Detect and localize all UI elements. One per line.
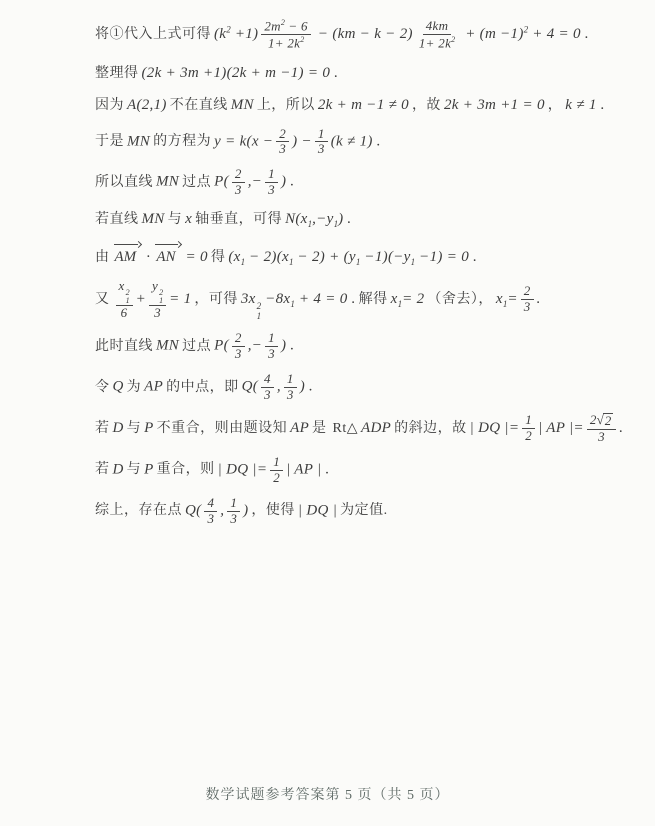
fraction: 23 bbox=[276, 127, 289, 158]
text-run: 若 bbox=[95, 462, 110, 477]
numerator: 1 bbox=[522, 413, 535, 429]
math-run: P bbox=[144, 420, 153, 436]
subscript: 1 bbox=[257, 312, 262, 321]
fraction: 43 bbox=[204, 496, 217, 527]
math-run: 2 bbox=[525, 428, 532, 443]
math-run: MN bbox=[156, 174, 179, 190]
denominator: 3 bbox=[265, 347, 278, 362]
math-run: − 2) + (y bbox=[293, 249, 355, 265]
fraction: 2m2 − 61+ 2k2 bbox=[261, 18, 310, 52]
math-run: MN bbox=[142, 211, 165, 227]
numerator: 2m2 − 6 bbox=[261, 18, 310, 35]
denominator: 3 bbox=[315, 142, 328, 157]
math-line-2: 整理得(2k + 3m +1)(2k + m −1) = 0 . bbox=[95, 62, 645, 85]
math-run: ) . bbox=[281, 338, 294, 354]
fraction: 13 bbox=[265, 331, 278, 362]
math-run: ADP bbox=[361, 420, 391, 436]
math-run: 3 bbox=[235, 346, 242, 361]
math-run: 1 bbox=[273, 454, 280, 469]
text-run: 得 bbox=[211, 250, 226, 265]
math-run: Q( bbox=[242, 379, 258, 395]
math-run: 1 bbox=[318, 126, 325, 141]
fraction: 23 bbox=[232, 331, 245, 362]
math-run: 1+ 2k bbox=[419, 35, 451, 50]
fraction: 13 bbox=[265, 167, 278, 198]
text-run: 将①代入上式可得 bbox=[95, 27, 211, 42]
math-run: ,−y bbox=[312, 211, 333, 227]
denominator: 3 bbox=[595, 430, 608, 445]
math-line-4: 于是MN的方程为y = k(x −23) −13(k ≠ 1) . bbox=[95, 127, 645, 158]
math-run: ) . bbox=[338, 211, 351, 227]
math-run: 1 bbox=[230, 495, 237, 510]
fraction: 23 bbox=[232, 167, 245, 198]
denominator: 3 bbox=[232, 183, 245, 198]
numerator: 4 bbox=[204, 496, 217, 512]
fraction: 12 bbox=[522, 413, 535, 444]
math-run: . bbox=[619, 420, 623, 436]
text-run: 于是 bbox=[95, 134, 124, 149]
text-run: 解得 bbox=[359, 292, 388, 307]
numerator: 1 bbox=[227, 496, 240, 512]
math-run: −8x bbox=[261, 291, 290, 307]
fraction: 2√23 bbox=[587, 413, 616, 445]
math-run: 2 bbox=[590, 412, 597, 427]
numerator: 1 bbox=[265, 331, 278, 347]
denominator: 3 bbox=[284, 388, 297, 403]
math-run: AP bbox=[290, 420, 309, 436]
fraction: y213 bbox=[149, 279, 166, 321]
text-run: 为 bbox=[127, 380, 142, 395]
fraction: 43 bbox=[261, 372, 274, 403]
math-run: 3 bbox=[235, 182, 242, 197]
math-run: 2 bbox=[273, 470, 280, 485]
math-run: 3 bbox=[268, 182, 275, 197]
text-run: ， bbox=[548, 98, 563, 113]
math-run: N(x bbox=[285, 211, 308, 227]
superscript: 2 bbox=[300, 35, 304, 44]
math-run: 2k + m −1 ≠ 0 bbox=[318, 97, 409, 113]
math-run: 1 bbox=[268, 330, 275, 345]
text-run: 上，所以 bbox=[257, 98, 315, 113]
math-run: = 2 bbox=[402, 291, 424, 307]
math-run: · bbox=[142, 249, 154, 265]
text-run: 综上，存在点 bbox=[95, 503, 182, 518]
math-run: P bbox=[144, 461, 153, 477]
fraction: 12 bbox=[270, 455, 283, 486]
math-line-1: 将①代入上式可得(k2 +1)2m2 − 61+ 2k2 − (km − k −… bbox=[95, 18, 645, 52]
numerator: 2 bbox=[276, 127, 289, 143]
text-run: 因为 bbox=[95, 98, 124, 113]
math-run: . bbox=[537, 291, 541, 307]
numerator: 1 bbox=[270, 455, 283, 471]
denominator: 3 bbox=[151, 306, 164, 321]
math-line-7: 由AM · AN = 0得(x1 − 2)(x1 − 2) + (y1 −1)(… bbox=[95, 242, 645, 269]
denominator: 2 bbox=[522, 429, 535, 444]
math-run: ) − bbox=[292, 133, 312, 149]
text-run: 的中点，即 bbox=[166, 380, 239, 395]
numerator: 2 bbox=[232, 331, 245, 347]
denominator: 3 bbox=[265, 183, 278, 198]
text-run: ，使得 bbox=[251, 503, 295, 518]
math-line-8: 又x216+y213= 1，可得3x21 −8x1 + 4 = 0 .解得x1=… bbox=[95, 279, 645, 321]
math-run: 3 bbox=[268, 346, 275, 361]
math-run: 3 bbox=[207, 511, 214, 526]
math-run: 3 bbox=[279, 141, 286, 156]
text-run: ，可得 bbox=[194, 292, 238, 307]
denominator: 3 bbox=[276, 142, 289, 157]
denominator: 1+ 2k2 bbox=[416, 35, 458, 51]
math-run: 3x bbox=[241, 291, 256, 307]
text-run: 由 bbox=[95, 250, 110, 265]
text-run: 为定值. bbox=[340, 503, 388, 518]
math-run: MN bbox=[231, 97, 254, 113]
math-run: + (m −1) bbox=[461, 26, 524, 42]
text-run: 所以直线 bbox=[95, 175, 153, 190]
numerator: 4km bbox=[423, 19, 452, 35]
answer-content: 将①代入上式可得(k2 +1)2m2 − 61+ 2k2 − (km − k −… bbox=[95, 18, 645, 536]
numerator: 1 bbox=[265, 167, 278, 183]
math-run: 4 bbox=[264, 371, 271, 386]
math-run: 6 bbox=[121, 305, 128, 320]
math-run: 2k + 3m +1 = 0 bbox=[444, 97, 545, 113]
math-run: −1)(−y bbox=[360, 249, 410, 265]
fraction: 13 bbox=[227, 496, 240, 527]
math-run: 2m bbox=[264, 18, 281, 33]
math-line-13: 综上，存在点Q(43,13)，使得| DQ |为定值. bbox=[95, 496, 645, 527]
math-run: MN bbox=[156, 338, 179, 354]
document-page: 将①代入上式可得(k2 +1)2m2 − 61+ 2k2 − (km − k −… bbox=[0, 0, 655, 826]
vector-arrow-overline: AN bbox=[155, 242, 180, 269]
text-run: 此时直线 bbox=[95, 339, 153, 354]
math-run: Q bbox=[113, 379, 124, 395]
math-run: 1+ 2k bbox=[268, 36, 300, 51]
fraction: 4km1+ 2k2 bbox=[416, 19, 458, 51]
denominator: 3 bbox=[232, 347, 245, 362]
text-run: （舍去）， bbox=[427, 292, 493, 307]
math-run: | DQ | bbox=[298, 502, 337, 518]
math-run: 3 bbox=[598, 429, 605, 444]
denominator: 3 bbox=[227, 512, 240, 527]
text-run: 重合，则 bbox=[157, 462, 215, 477]
math-run: + 4 = 0 . bbox=[295, 291, 356, 307]
math-run: ,− bbox=[248, 174, 262, 190]
text-run: 轴垂直，可得 bbox=[195, 212, 282, 227]
text-run: 令 bbox=[95, 380, 110, 395]
subscript: 1 bbox=[126, 297, 130, 305]
text-run: 整理得 bbox=[95, 66, 139, 81]
numerator: x21 bbox=[116, 279, 133, 306]
text-run: 与 bbox=[168, 212, 183, 227]
numerator: 4 bbox=[261, 372, 274, 388]
page-footer: 数学试题参考答案第 5 页（共 5 页） bbox=[0, 784, 655, 804]
math-run: 1 bbox=[268, 166, 275, 181]
math-run: | DQ |= bbox=[470, 420, 520, 436]
text-run: 与 bbox=[127, 462, 142, 477]
denominator: 6 bbox=[118, 306, 131, 321]
text-run: 是 bbox=[312, 421, 327, 436]
math-run: D bbox=[113, 461, 124, 477]
fraction: 23 bbox=[521, 284, 534, 315]
math-run: = 0 bbox=[182, 249, 208, 265]
text-run: 若直线 bbox=[95, 212, 139, 227]
math-run: 2 bbox=[524, 283, 531, 298]
math-run: 2 bbox=[235, 330, 242, 345]
math-run: (k bbox=[214, 26, 226, 42]
math-run: x bbox=[119, 278, 125, 293]
math-line-10: 令Q为AP的中点，即Q(43,13) . bbox=[95, 372, 645, 403]
math-run: k ≠ 1 . bbox=[565, 97, 605, 113]
math-run: (2k + 3m +1)(2k + m −1) = 0 . bbox=[142, 65, 339, 81]
math-run: = 1 bbox=[169, 291, 191, 307]
math-line-5: 所以直线MN过点P(23,−13) . bbox=[95, 167, 645, 198]
math-run: , bbox=[220, 502, 224, 518]
denominator: 3 bbox=[521, 300, 534, 315]
math-run: 2 bbox=[279, 126, 286, 141]
math-run: −1) = 0 . bbox=[415, 249, 477, 265]
math-run: ) . bbox=[281, 174, 294, 190]
math-run: 3 bbox=[318, 141, 325, 156]
numerator: 2 bbox=[521, 284, 534, 300]
math-line-6: 若直线MN与x轴垂直，可得N(x1,−y1) . bbox=[95, 208, 645, 231]
math-run: + 4 = 0 . bbox=[528, 26, 589, 42]
math-run: x bbox=[391, 291, 398, 307]
math-line-12: 若D与P重合，则| DQ |=12| AP | . bbox=[95, 455, 645, 486]
math-line-9: 此时直线MN过点P(23,−13) . bbox=[95, 331, 645, 362]
math-run: 1 bbox=[287, 371, 294, 386]
numerator: 1 bbox=[315, 127, 328, 143]
math-run: y = k(x − bbox=[214, 133, 273, 149]
text-run: 过点 bbox=[182, 339, 211, 354]
math-line-3: 因为A(2,1)不在直线MN上，所以2k + m −1 ≠ 0，故2k + 3m… bbox=[95, 94, 645, 117]
math-run: y bbox=[152, 278, 158, 293]
math-run: P( bbox=[214, 174, 229, 190]
text-run: 若 bbox=[95, 421, 110, 436]
numerator: 2 bbox=[232, 167, 245, 183]
math-run: + bbox=[136, 291, 146, 307]
math-run: ) bbox=[243, 502, 248, 518]
math-run: 4km bbox=[426, 18, 449, 33]
math-run: +1) bbox=[231, 26, 259, 42]
fraction: 13 bbox=[284, 372, 297, 403]
math-run: 3 bbox=[230, 511, 237, 526]
denominator: 1+ 2k2 bbox=[265, 35, 307, 51]
math-run: x bbox=[496, 291, 503, 307]
sub-sup-stack: 21 bbox=[159, 289, 163, 305]
math-run: 3 bbox=[524, 299, 531, 314]
text-run: 与 bbox=[127, 421, 142, 436]
superscript: 2 bbox=[451, 35, 455, 44]
math-run: P( bbox=[214, 338, 229, 354]
fraction: x216 bbox=[116, 279, 133, 321]
math-run: D bbox=[113, 420, 124, 436]
math-run: Q( bbox=[185, 502, 201, 518]
sub-sup-stack: 21 bbox=[126, 289, 130, 305]
math-run: A(2,1) bbox=[127, 97, 167, 113]
denominator: 3 bbox=[261, 388, 274, 403]
math-run: 4 bbox=[207, 495, 214, 510]
text-run: 过点 bbox=[182, 175, 211, 190]
numerator: y21 bbox=[149, 279, 166, 306]
text-run: 不在直线 bbox=[170, 98, 228, 113]
math-run: x bbox=[185, 211, 192, 227]
text-run: 不重合，则由题设知 bbox=[157, 421, 288, 436]
math-run: 3 bbox=[154, 305, 161, 320]
math-run: = bbox=[507, 291, 517, 307]
vector-arrow-overline: AM bbox=[114, 242, 142, 269]
text-run: 又 bbox=[95, 292, 110, 307]
text-run: 的斜边，故 bbox=[394, 421, 467, 436]
math-run: 3 bbox=[264, 387, 271, 402]
text-run: ，故 bbox=[412, 98, 441, 113]
radicand: 2 bbox=[603, 413, 614, 429]
math-run: − (km − k − 2) bbox=[314, 26, 413, 42]
numerator: 1 bbox=[284, 372, 297, 388]
math-line-11: 若D与P不重合，则由题设知AP是Rt△ADP的斜边，故| DQ |=12| AP… bbox=[95, 413, 645, 445]
denominator: 2 bbox=[270, 471, 283, 486]
math-run: AP bbox=[144, 379, 163, 395]
math-run: − 6 bbox=[285, 18, 308, 33]
math-run: (k ≠ 1) . bbox=[331, 133, 381, 149]
math-run: 2 bbox=[235, 166, 242, 181]
math-run: , bbox=[277, 379, 281, 395]
text-run: 的方程为 bbox=[153, 134, 211, 149]
square-root: √2 bbox=[597, 413, 614, 429]
math-run: MN bbox=[127, 133, 150, 149]
math-run: 3 bbox=[287, 387, 294, 402]
math-run: ,− bbox=[248, 338, 262, 354]
math-run: ) . bbox=[300, 379, 313, 395]
math-run: | DQ |= bbox=[218, 461, 268, 477]
numerator: 2√2 bbox=[587, 413, 616, 430]
denominator: 3 bbox=[204, 512, 217, 527]
text-run: Rt△ bbox=[333, 421, 359, 436]
math-run: (x bbox=[228, 249, 240, 265]
math-run: 1 bbox=[525, 412, 532, 427]
math-run: − 2)(x bbox=[245, 249, 289, 265]
subscript: 1 bbox=[159, 297, 163, 305]
fraction: 13 bbox=[315, 127, 328, 158]
math-run: | AP |= bbox=[538, 420, 584, 436]
math-run: | AP | . bbox=[286, 461, 329, 477]
